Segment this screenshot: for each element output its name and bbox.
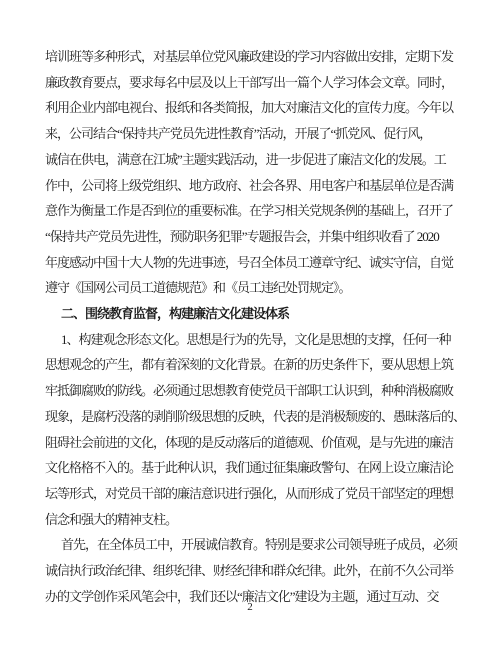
- text-line: 来，公司结合“保持共产党员先进性教育”活动，开展了“抓党风、促行风，: [45, 121, 465, 147]
- text-line: 阻碍社会前进的文化，体现的是反动落后的道德观、价值观，是与先进的廉洁: [45, 430, 465, 456]
- text-line: 信念和强大的精神支柱。: [45, 507, 465, 533]
- section-heading: 二、围绕教育监督，构建廉洁文化建设体系: [45, 301, 465, 327]
- document-text: 培训班等多种形式，对基层单位党风廉政建设的学习内容做出安排，定期下发廉政教育要点…: [45, 44, 465, 609]
- text-line: 思想观念的产生，都有着深刻的文化背景。在新的历史条件下，要从思想上筑: [45, 352, 465, 378]
- text-line: 廉政教育要点，要求每名中层及以上干部写出一篇个人学习体会文章。同时，: [45, 70, 465, 96]
- page-number: 2: [0, 600, 500, 614]
- text-line: 年度感动中国十大人物的先进事迹，号召全体员工遵章守纪、诚实守信，自觉: [45, 250, 465, 276]
- text-line: 文化格格不入的。基于此种认识，我们通过征集廉政警句、在网上设立廉洁论: [45, 455, 465, 481]
- text-line: 遵守《国网公司员工道德规范》和《员工违纪处罚规定》。: [45, 275, 465, 301]
- text-line: 牢抵御腐败的防线。必须通过思想教育使党员干部职工认识到，种种消极腐败: [45, 378, 465, 404]
- text-line: “保持共产党员先进性，预防职务犯罪”专题报告会，并集中组织收看了 2020: [45, 224, 465, 250]
- text-line: 培训班等多种形式，对基层单位党风廉政建设的学习内容做出安排，定期下发: [45, 44, 465, 70]
- document-page: 培训班等多种形式，对基层单位党风廉政建设的学习内容做出安排，定期下发廉政教育要点…: [0, 0, 500, 647]
- text-line: 诚信执行政治纪律、组织纪律、财经纪律和群众纪律。此外，在前不久公司举: [45, 558, 465, 584]
- text-line: 意作为衡量工作是否到位的重要标准。在学习相关党规条例的基础上，召开了: [45, 198, 465, 224]
- text-line: 1、构建观念形态文化。思想是行为的先导，文化是思想的支撑，任何一种: [45, 327, 465, 353]
- text-line: 坛等形式，对党员干部的廉洁意识进行强化，从而形成了党员干部坚定的理想: [45, 481, 465, 507]
- text-line: 首先，在全体员工中，开展诚信教育。特别是要求公司领导班子成员，必须: [45, 532, 465, 558]
- text-line: 诚信在供电，满意在江城”主题实践活动，进一步促进了廉洁文化的发展。工: [45, 147, 465, 173]
- text-line: 作中，公司将上级党组织、地方政府、社会各界、用电客户和基层单位是否满: [45, 173, 465, 199]
- text-line: 现象，是腐朽没落的剥削阶级思想的反映，代表的是消极颓废的、愚昧落后的、: [45, 404, 465, 430]
- text-line: 利用企业内部电视台、报纸和各类简报，加大对廉洁文化的宣传力度。今年以: [45, 95, 465, 121]
